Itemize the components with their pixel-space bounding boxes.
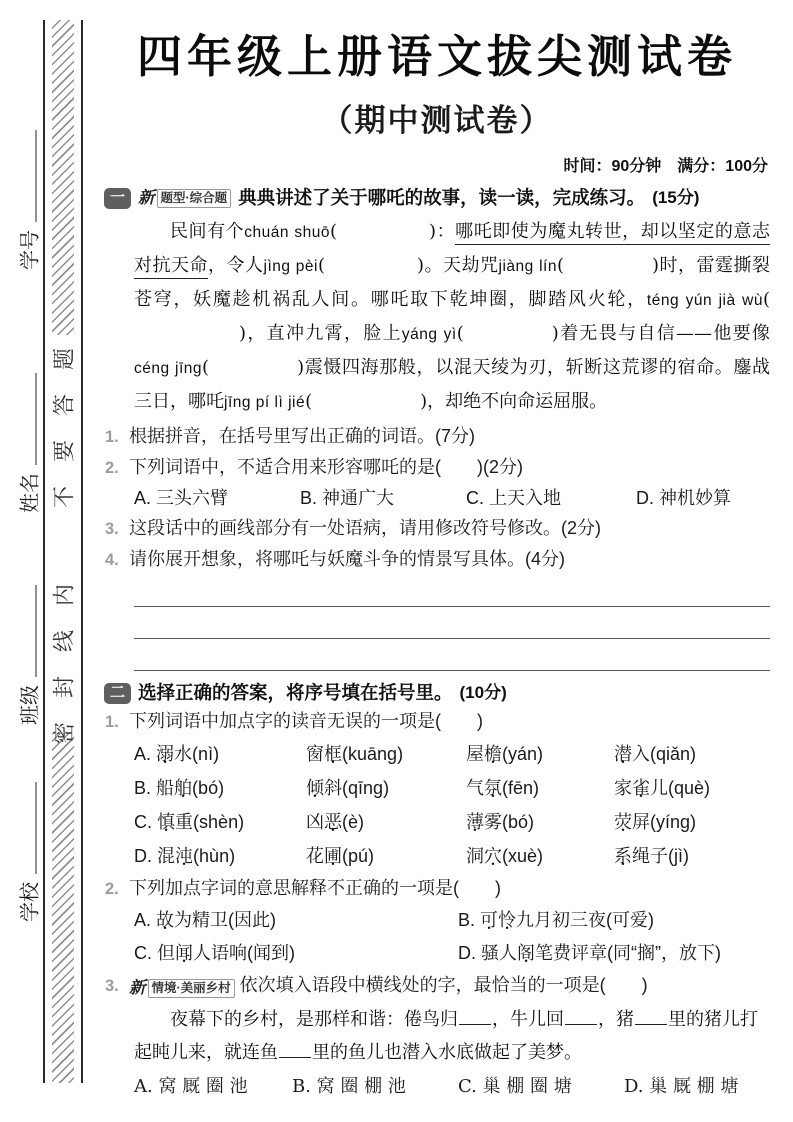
option-cell: 倾斜(qīng) [306, 771, 466, 805]
option-cell: D. 混沌(hùn) [134, 839, 306, 873]
section2-q3: 3. 新 情境·美丽乡村 依次填入语段中横线处的字，最恰当的一项是( ) [104, 970, 770, 1001]
pinyin-answer-blank[interactable] [312, 389, 420, 407]
section2-q1-options: A. 溺水(nì) 窗框(kuāng) 屋檐(yán) 潜入(qiǎn) B. … [134, 737, 770, 873]
inline-answer-blank[interactable] [459, 1006, 491, 1025]
option-b: B. 神通广大 [300, 483, 466, 513]
option-cell: 气氛(fēn) [466, 771, 614, 805]
question-text: 下列加点字词的意思解释不正确的一项是( ) [129, 873, 770, 903]
option-a: A. 三头六臂 [134, 483, 300, 513]
option-cell: 洞穴(xuè) [466, 839, 614, 873]
section1-q2: 2. 下列词语中，不适合用来形容哪吒的是( )(2分) [104, 452, 770, 483]
option-b: B. 可怜九月初三夜(可爱) [458, 904, 770, 937]
question-number: 2. [104, 453, 129, 483]
section2-q3-options: A. 窝 厩 圈 池 B. 窝 圈 棚 池 C. 巢 棚 圈 塘 D. 巢 厩 … [134, 1071, 770, 1102]
question-number: 4. [104, 545, 129, 575]
question-number: 3. [104, 971, 129, 1001]
section2-score: (10分) [460, 680, 507, 706]
section1-q4: 4. 请你展开想象，将哪吒与妖魔斗争的情景写具体。(4分) [104, 544, 770, 575]
seal-text-area: 密封线内 不要答题 [45, 335, 81, 733]
question-number: 1. [104, 707, 129, 737]
section2-q3-tag-new: 新 [129, 973, 146, 1003]
section1-passage: 民间有个chuán shuō()：哪吒即使为魔丸转世，却以坚定的意志对抗天命，令… [134, 215, 770, 419]
answer-line[interactable] [134, 607, 770, 639]
inline-answer-blank[interactable] [279, 1039, 311, 1058]
pinyin-answer-blank[interactable] [337, 219, 429, 237]
student-name-blank[interactable] [32, 373, 37, 465]
school-label: 学校 [14, 782, 43, 922]
main-content: 四年级上册语文拔尖测试卷 （期中测试卷） 时间：90分钟 满分：100分 一 新… [104, 0, 770, 1102]
school-text: 学校 [18, 882, 42, 922]
school-blank[interactable] [32, 782, 37, 874]
section1-q3: 3. 这段话中的画线部分有一处语病，请用修改符号修改。(2分) [104, 513, 770, 544]
seal-strip: 密封线内 不要答题 [43, 20, 83, 1083]
section1-score: (15分) [652, 185, 699, 211]
section1-title: 典典讲述了关于哪吒的故事，读一读，完成练习。 [238, 185, 645, 211]
section1-badge: 一 [104, 188, 131, 209]
section2-badge: 二 [104, 683, 131, 704]
question-text: 下列词语中，不适合用来形容哪吒的是( )(2分) [129, 452, 770, 482]
class-blank[interactable] [32, 585, 37, 677]
option-c: C. 但闻人语响(闻到) [134, 937, 458, 970]
student-id-text: 学号 [18, 230, 42, 270]
question-text: 请你展开想象，将哪吒与妖魔斗争的情景写具体。(4分) [129, 544, 770, 574]
student-id-label: 学号 [14, 130, 43, 270]
answer-line[interactable] [134, 575, 770, 607]
option-cell: 家雀儿(què) [614, 771, 770, 805]
option-a: A. 故为精卫(因此) [134, 904, 458, 937]
pinyin-answer-blank[interactable] [209, 355, 297, 373]
option-d: D. 神机妙算 [636, 483, 731, 513]
pinyin-answer-blank[interactable] [325, 253, 417, 271]
seal-text-part1: 密封线内 [48, 560, 79, 744]
option-cell: 窗框(kuāng) [306, 737, 466, 771]
section1-q1: 1. 根据拼音，在括号里写出正确的词语。(7分) [104, 421, 770, 452]
option-cell: 薄雾(bó) [466, 805, 614, 839]
question-text: 依次填入语段中横线处的字，最恰当的一项是( ) [240, 970, 770, 1000]
section2-title: 选择正确的答案，将序号填在括号里。 [138, 680, 453, 706]
option-cell: 系绳子(jì) [614, 839, 770, 873]
inline-answer-blank[interactable] [565, 1006, 597, 1025]
pinyin-answer-blank[interactable] [464, 321, 552, 339]
student-id-blank[interactable] [32, 130, 37, 222]
option-cell: 花圃(pú) [306, 839, 466, 873]
option-cell: C. 慎重(shèn) [134, 805, 306, 839]
option-cell: 荧屏(yíng) [614, 805, 770, 839]
section2-q3-tag-box: 情境·美丽乡村 [148, 979, 235, 998]
class-label: 班级 [14, 585, 43, 725]
option-b: B. 窝 圈 棚 池 [292, 1071, 458, 1102]
option-cell: A. 溺水(nì) [134, 737, 306, 771]
section2-q2: 2. 下列加点字词的意思解释不正确的一项是( ) [104, 873, 770, 904]
page-subtitle: （期中测试卷） [104, 95, 770, 140]
option-d: D. 巢 厩 棚 塘 [624, 1071, 738, 1102]
section2-q3-passage: 夜幕下的乡村，是那样和谐：倦鸟归，牛儿回，猪里的猪儿打起盹儿来，就连鱼里的鱼儿也… [134, 1003, 770, 1069]
pinyin-answer-blank[interactable] [134, 321, 239, 339]
question-number: 2. [104, 874, 129, 904]
exam-info: 时间：90分钟 满分：100分 [104, 153, 768, 176]
seal-hatch-bottom [52, 733, 74, 1083]
option-cell: B. 船舶(bó) [134, 771, 306, 805]
seal-hatch-top [52, 20, 74, 335]
section2-q3-tag: 新 情境·美丽乡村 [129, 973, 235, 1003]
section1-tag-new: 新 [138, 185, 155, 211]
section1-header: 一 新 题型·综合题 典典讲述了关于哪吒的故事，读一读，完成练习。 (15分) [104, 185, 770, 211]
answer-line[interactable] [134, 639, 770, 671]
option-a: A. 窝 厩 圈 池 [134, 1071, 292, 1102]
option-cell: 屋檐(yán) [466, 737, 614, 771]
option-cell: 凶恶(è) [306, 805, 466, 839]
question-text: 根据拼音，在括号里写出正确的词语。(7分) [129, 421, 770, 451]
option-c: C. 上天入地 [466, 483, 636, 513]
student-name-label: 姓名 [14, 373, 43, 513]
seal-text-part2: 不要答题 [48, 324, 79, 508]
inline-answer-blank[interactable] [635, 1006, 667, 1025]
option-cell: 潜入(qiǎn) [614, 737, 770, 771]
section1-tag-box: 题型·综合题 [157, 189, 232, 208]
question-number: 1. [104, 422, 129, 452]
question-text: 下列词语中加点字的读音无误的一项是( ) [129, 706, 770, 736]
question-text: 这段话中的画线部分有一处语病，请用修改符号修改。(2分) [129, 513, 770, 543]
section1-q2-options: A. 三头六臂 B. 神通广大 C. 上天入地 D. 神机妙算 [134, 483, 770, 513]
section2-q1: 1. 下列词语中加点字的读音无误的一项是( ) [104, 706, 770, 737]
page-title: 四年级上册语文拔尖测试卷 [104, 20, 770, 85]
question-number: 3. [104, 514, 129, 544]
exam-page: 学号 姓名 班级 学校 密封线内 不要答题 四年级上册语文拔尖测试卷 （期中测试… [0, 0, 793, 1122]
pinyin-answer-blank[interactable] [564, 253, 652, 271]
student-name-text: 姓名 [18, 473, 42, 513]
section2-header: 二 选择正确的答案，将序号填在括号里。 (10分) [104, 680, 770, 706]
option-c: C. 巢 棚 圈 塘 [458, 1071, 624, 1102]
section2-q2-options: A. 故为精卫(因此) B. 可怜九月初三夜(可爱) C. 但闻人语响(闻到) … [134, 904, 770, 970]
section1-tag: 新 题型·综合题 [138, 185, 231, 211]
class-text: 班级 [18, 685, 42, 725]
